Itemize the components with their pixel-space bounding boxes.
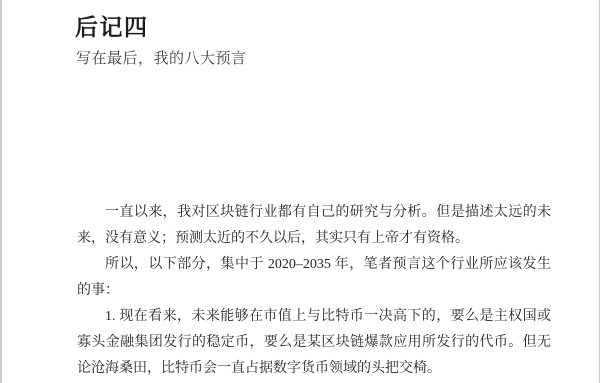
ebook-page: 后记四 写在最后，我的八大预言 一直以来，我对区块链行业都有自己的研究与分析。但… — [0, 0, 600, 383]
body-paragraph-1: 一直以来，我对区块链行业都有自己的研究与分析。但是描述太远的未来，没有意义；预测… — [77, 200, 551, 252]
chapter-subtitle: 写在最后，我的八大预言 — [76, 50, 599, 67]
body-paragraph-3: 1. 现在看来，未来能够在市值上与比特币一决高下的，要么是主权国或寡头金融集团发… — [77, 304, 551, 382]
chapter-title: 后记四 — [75, 15, 599, 40]
body-paragraph-2: 所以，以下部分，集中于 2020–2035 年，笔者预言这个行业所应该发生的事： — [77, 252, 551, 304]
chapter-body: 一直以来，我对区块链行业都有自己的研究与分析。但是描述太远的未来，没有意义；预测… — [77, 200, 551, 382]
